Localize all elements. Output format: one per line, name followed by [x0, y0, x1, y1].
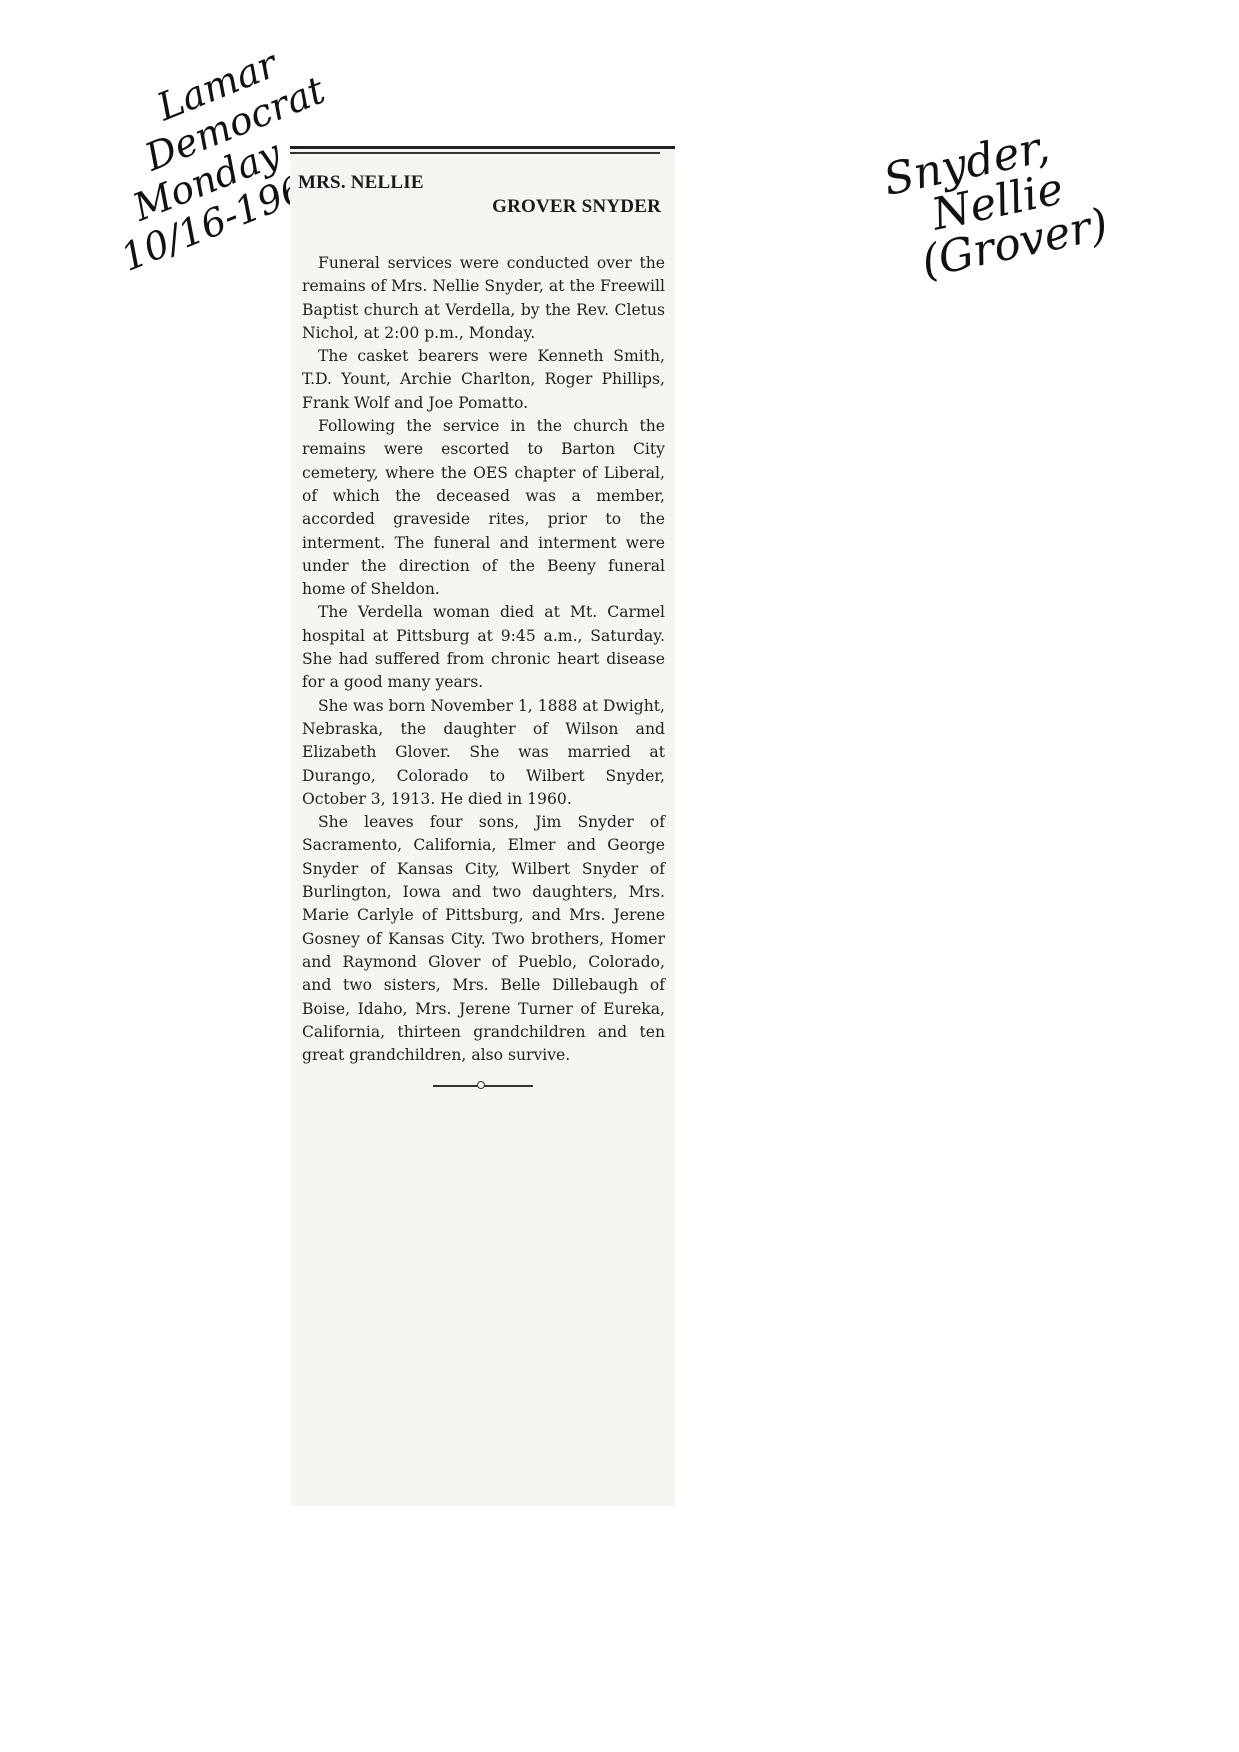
paragraph: The casket bearers were Kenneth Smith, T…	[302, 345, 665, 415]
end-mark-circle-icon	[477, 1081, 485, 1089]
top-rule-secondary	[290, 152, 660, 154]
top-rule	[290, 146, 675, 149]
paragraph: Funeral services were conducted over the…	[302, 252, 665, 345]
headline-line-2: GROVER SNYDER	[290, 196, 675, 218]
handwritten-name-note: Snyder, Nellie (Grover)	[880, 110, 1156, 356]
end-mark-divider	[433, 1081, 533, 1089]
paragraph: She leaves four sons, Jim Snyder of Sacr…	[302, 811, 665, 1067]
obituary-body: Funeral services were conducted over the…	[290, 252, 675, 1067]
newspaper-clipping: MRS. NELLIE GROVER SNYDER Funeral servic…	[290, 146, 675, 1506]
paragraph: The Verdella woman died at Mt. Carmel ho…	[302, 601, 665, 694]
headline-line-1: MRS. NELLIE	[298, 172, 675, 194]
paragraph: She was born November 1, 1888 at Dwight,…	[302, 695, 665, 811]
paragraph: Following the service in the church the …	[302, 415, 665, 601]
